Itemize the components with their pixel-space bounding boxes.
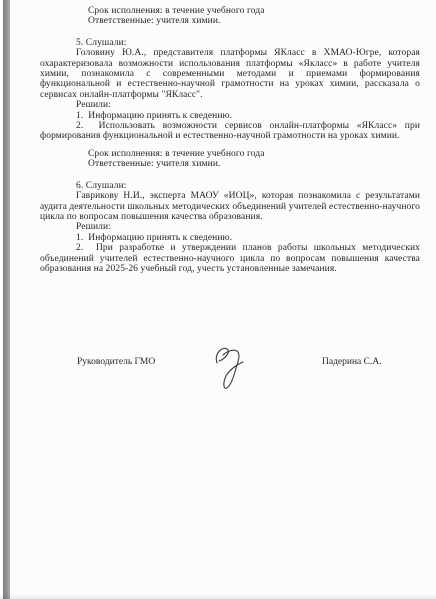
item5-decision-2: 2. Использовать возможности сервисов онл…: [40, 121, 420, 142]
responsible-line: Ответственные: учителя химии.: [88, 16, 420, 26]
item6-decision-1: 1. Информацию принять к сведению.: [40, 233, 420, 243]
item6-body: Гаврикову Н.И., эксперта МАОУ «ИОЦ», кот…: [40, 191, 420, 222]
item6-decided-heading: Решили:: [40, 222, 420, 232]
item5-heading: 5. Слушали:: [40, 38, 420, 48]
signature-scribble-icon: [210, 342, 252, 392]
item5-footer: Срок исполнения: в течение учебного года…: [40, 149, 420, 170]
item5-decided-heading: Решили:: [40, 100, 420, 110]
handwritten-signature: [210, 342, 252, 397]
scan-bottom-shadow: [0, 594, 436, 599]
signatory-name-label: Падерина С.А.: [322, 357, 382, 367]
scan-edge-strip: [3, 0, 10, 599]
document-body: Срок исполнения: в течение учебного года…: [40, 6, 420, 274]
scanned-document-page: Срок исполнения: в течение учебного года…: [0, 0, 436, 599]
item6-heading: 6. Слушали:: [40, 181, 420, 191]
term-line: Срок исполнения: в течение учебного года: [88, 6, 420, 16]
prev-section-footer: Срок исполнения: в течение учебного года…: [40, 6, 420, 27]
item6-decision-2: 2. При разработке и утверждении планов р…: [40, 243, 420, 274]
term-line: Срок исполнения: в течение учебного года: [88, 149, 420, 159]
item5-decision-1: 1. Информацию принять к сведению.: [40, 111, 420, 121]
signatory-role-label: Руководитель ГМО: [77, 357, 155, 367]
item5-body: Головину Ю.А., представителя платформы Я…: [40, 48, 420, 100]
responsible-line: Ответственные: учителя химии.: [88, 159, 420, 169]
